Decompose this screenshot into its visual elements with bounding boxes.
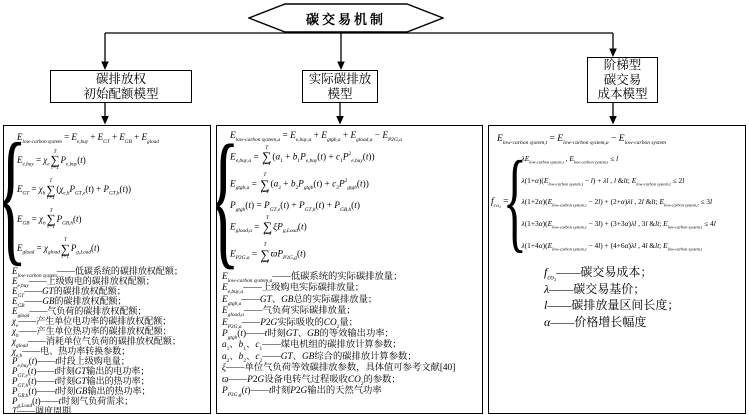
brace-glyph	[216, 139, 240, 258]
definition: α——价格增长幅度	[544, 314, 745, 331]
definition: PGT,h(t)——t时刻GT输出的热功率；	[12, 376, 210, 386]
definition: Pg,Load(t)——t时刻气负荷需求；	[12, 396, 210, 406]
definition: ϖ——P2G设备电转气过程吸收CO2的参数；	[222, 375, 482, 386]
branch-header-quota-model: 碳排放权初始配额模型	[50, 70, 192, 103]
equation: Pgtgb(t) = PGT,e(t) + PGT,h(t) + PGB,h(t…	[230, 201, 482, 211]
actual-emission-box: Elow-carbon system,a = Ee,buy,a + Egtgb,…	[216, 125, 483, 414]
definition: χe——产生单位电功率的碳排放权配额；	[12, 316, 210, 326]
equation: EGT = χhT∑t=1(χe,hPGT,e(t) + PGT,h(t))	[17, 179, 210, 201]
quota-definition-list: Elow-carbon system——低碳系统的碳排放权配额；Ee,buy——…	[4, 266, 210, 414]
left-brace	[4, 138, 17, 255]
definition: T——调度周期	[12, 406, 210, 414]
definition: Egload,a——气负荷实际碳排放量；	[222, 306, 482, 317]
equation: Elow-carbon system = Ee,buy + EGT + EGB …	[17, 132, 210, 142]
cost-model-box: Elow-carbon system,t = Elow-carbon syste…	[488, 125, 746, 414]
definition: λ——碳交易基价；	[544, 281, 745, 298]
carbon-trading-flowchart: 碳交易机制 碳排放权初始配额模型 实际碳排放模型 阶梯型碳交易成本模型 Elow…	[0, 0, 749, 415]
definition: ξ——单位气负荷等效碳排放参数，具体值可参考文献[40]	[222, 363, 482, 374]
cost-definition-list: fco₂——碳交易成本；λ——碳交易基价；l——碳排放量区间长度；α——价格增长…	[489, 264, 745, 330]
quota-equation-group: Elow-carbon system = Ee,buy + EGT + EGB …	[4, 128, 210, 264]
equation: Elow-carbon system,a = Ee,buy,a + Egtgb,…	[230, 131, 482, 141]
definition: PGT,e(t)——t时刻GT输出的电功率；	[12, 366, 210, 376]
left-brace	[509, 158, 522, 245]
definition: Egload——气负荷的碳排放权配额；	[12, 306, 210, 316]
piecewise-row: λ(1+2α)(Elow-carbon system,t − 2l) + (2+…	[522, 197, 746, 206]
piecewise-row: λ(1+4α)(Elow-carbon system,t − 4l) + (4+…	[522, 241, 746, 250]
piecewise-row-list: λElow-carbon system,t , Elow-carbon syst…	[522, 148, 746, 256]
definition: fco₂——碳交易成本；	[544, 264, 745, 281]
equation: Ee,buy,a = T∑t=1(a1 + b1Pe,buy(t) + c1P2…	[230, 146, 482, 168]
equation: EGB = χhT∑t=1PGB,h(t)	[17, 209, 210, 231]
quota-model-box: Elow-carbon system = Ee,buy + EGT + EGB …	[3, 125, 211, 414]
definition: EP2G,a——P2G实际吸收的CO2量；	[222, 318, 482, 329]
branch-header-tiered-cost-model: 阶梯型碳交易成本模型	[587, 57, 658, 103]
definition: χgload——消耗单位气负荷的碳排放权配额；	[12, 336, 210, 346]
definition: Pgtgb(t)——t时刻GT、GB的等效输出功率；	[222, 329, 482, 340]
definition: a1、b1、c1——煤电机组的碳排放计算参数；	[222, 340, 482, 351]
piecewise-row: λElow-carbon system,t , Elow-carbon syst…	[522, 154, 746, 163]
equation: EP2G,a = T∑t=1ϖPP2G,g(t)	[230, 243, 482, 265]
definition: EGT——GT的碳排放权配额；	[12, 286, 210, 296]
definition: PGB,h(t)——t时刻GB输出的热功率；	[12, 386, 210, 396]
actual-emission-equation-group: Elow-carbon system,a = Ee,buy,a + Egtgb,…	[217, 128, 482, 268]
definition: PP2G,g(t)——t时刻P2G输出的天然气功率	[222, 386, 482, 397]
net-emission-equation: Elow-carbon system,t = Elow-carbon syste…	[497, 134, 745, 144]
definition: Ee,buy——上级购电的碳排放权配额；	[12, 276, 210, 286]
brace-glyph	[3, 138, 27, 255]
piecewise-row: λ(1+α)(Elow-carbon system,t − l) + λl , …	[522, 176, 746, 185]
equation: Ee,buy = χeT∑t=1Pe,buy(t)	[17, 150, 210, 172]
piecewise-row: λ(1+3α)(Elow-carbon system,t − 3l) + (3+…	[522, 219, 746, 228]
branch-header-actual-emission-model-label: 实际碳排放模型	[309, 72, 372, 102]
actual-emission-equation-list: Elow-carbon system,a = Ee,buy,a + Egtgb,…	[230, 128, 482, 268]
brace-glyph	[503, 158, 527, 245]
definition: Egtgb,a——GT、GB总的实际碳排放量；	[222, 295, 482, 306]
branch-header-actual-emission-model: 实际碳排放模型	[302, 70, 378, 103]
piecewise-cost-function: fco₂ = λElow-carbon system,t , Elow-carb…	[491, 148, 745, 256]
definition: χe,h——电、热功率转换参数；	[12, 346, 210, 356]
root-node: 碳交易机制	[248, 3, 444, 33]
left-brace	[217, 139, 230, 258]
definition: Ee,buy,a——上级购电实际碳排放量；	[222, 283, 482, 294]
definition: EGB——GB的碳排放权配额；	[12, 296, 210, 306]
definition: χh——产生单位热功率的碳排放权配额；	[12, 326, 210, 336]
definition: a2、b2、c2——GT、GB综合的碳排放计算参数；	[222, 352, 482, 363]
actual-emission-definition-list: Elow-carbon system,a——低碳系统的实际碳排放量；Ee,buy…	[217, 272, 482, 397]
root-node-label: 碳交易机制	[248, 3, 444, 33]
definition: l——碳排放量区间长度；	[544, 297, 745, 314]
definition: Elow-carbon system,a——低碳系统的实际碳排放量；	[222, 272, 482, 283]
definition: Elow-carbon system——低碳系统的碳排放权配额；	[12, 266, 210, 276]
branch-header-tiered-cost-model-label: 阶梯型碳交易成本模型	[597, 58, 647, 102]
equation: Egload,a = T∑t=1ξPg,Load(t)	[230, 216, 482, 238]
definition: Pe,buy(t)——t时段上级购电量；	[12, 356, 210, 366]
equation: Egtgb,a = T∑t=1(a2 + b2Pgtgb(t) + c2P2gt…	[230, 173, 482, 195]
equation: Egload = χgloadT∑t=1Pg,Load(t)	[17, 238, 210, 260]
quota-equation-list: Elow-carbon system = Ee,buy + EGT + EGB …	[17, 128, 210, 264]
branch-header-quota-model-label: 碳排放权初始配额模型	[83, 72, 158, 102]
